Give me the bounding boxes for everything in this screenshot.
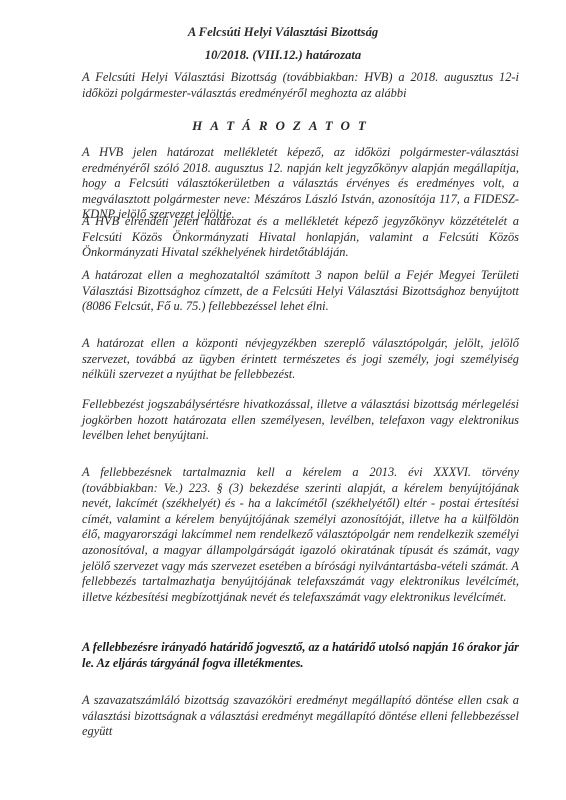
paragraph-counting-committee: A szavazatszámláló bizottság szavazóköri… <box>82 693 519 740</box>
document-page: A Felcsúti Helyi Választási Bizottság 10… <box>0 0 566 800</box>
paragraph-appeal-contents: A fellebbezésnek tartalmaznia kell a kér… <box>82 465 519 605</box>
paragraph-deadline-notice: A fellebbezésre irányadó határidő jogves… <box>82 640 519 671</box>
paragraph-appeal-methods: Fellebbezést jogszabálysértésre hivatkoz… <box>82 397 519 444</box>
decision-heading: HATÁROZATOT <box>0 118 566 134</box>
intro-paragraph: A Felcsúti Helyi Választási Bizottság (t… <box>82 70 519 101</box>
committee-name: A Felcsúti Helyi Választási Bizottság <box>0 25 566 40</box>
paragraph-result: A HVB jelen határozat mellékletét képező… <box>82 145 519 223</box>
decision-number: 10/2018. (VIII.12.) határozata <box>0 48 566 63</box>
paragraph-publication: A HVB elrendeli jelen határozat és a mel… <box>82 214 519 261</box>
paragraph-appeal-deadline: A határozat ellen a meghozataltól számít… <box>82 268 519 315</box>
paragraph-appeal-eligibility: A határozat ellen a központi névjegyzékb… <box>82 336 519 383</box>
